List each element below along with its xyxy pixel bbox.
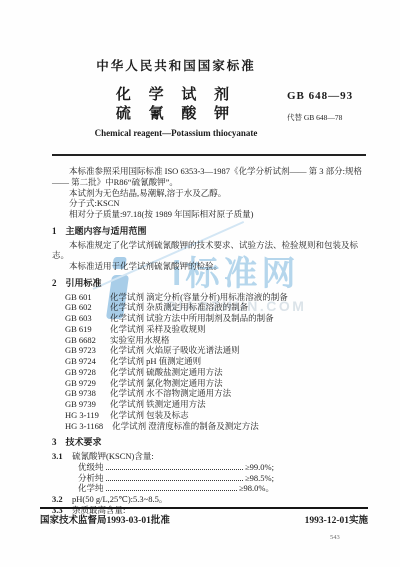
- reference-item: GB 601 化学试剂 滴定分析(容量分析)用标准溶液的制备: [65, 292, 366, 303]
- footer-divider: [40, 507, 368, 509]
- reference-item: GB 6682 实验室用水规格: [65, 335, 366, 346]
- reference-item: GB 9723 化学试剂 火焰原子吸收光谱法通则: [65, 345, 366, 356]
- grade-value: ≥99.0%;: [245, 462, 274, 473]
- grade-line: 化学纯 ≥98.0%。: [78, 483, 274, 494]
- reference-code: GB 601: [65, 292, 101, 303]
- grade-value: ≥98.0%。: [239, 483, 274, 494]
- standard-document-page: i标准网 BIAOZHUN.COM 中华人民共和国国家标准 化 学 试 剂 硫 …: [0, 0, 400, 567]
- reference-code: GB 9729: [65, 378, 101, 389]
- section-2-number: 2: [52, 278, 57, 289]
- section-1-heading: 1主题内容与适用范围: [52, 226, 366, 237]
- document-title-cn: 化 学 试 剂 硫 氰 酸 钾: [52, 86, 300, 124]
- reference-title: 化学试剂 采样及验收规则: [110, 324, 206, 335]
- reference-item: GB 9739 化学试剂 铁测定通用方法: [65, 399, 366, 410]
- section-3-number: 3: [52, 437, 57, 448]
- reference-item: GB 9729 化学试剂 氯化物测定通用方法: [65, 378, 366, 389]
- reference-code: GB 9739: [65, 399, 101, 410]
- grade-line: 优级纯 ≥99.0%;: [78, 462, 274, 473]
- section-3-heading: 3技术要求: [52, 437, 366, 448]
- reference-title: 化学试剂 包装及标志: [110, 410, 189, 421]
- reference-title: 化学试剂 澄清度标准的制备及测定方法: [112, 421, 259, 432]
- section-1-paragraph-1: 本标准规定了化学试剂硫氰酸钾的技术要求、试验方法、检验规则和包装及标志。: [52, 240, 366, 262]
- reference-code: HG 3-119: [65, 410, 101, 421]
- reference-code: GB 603: [65, 313, 101, 324]
- grade-label: 分析纯: [78, 473, 104, 484]
- grade-label: 化学纯: [78, 483, 104, 494]
- document-content: 中华人民共和国国家标准 化 学 试 剂 硫 氰 酸 钾 GB 648—93 代替…: [0, 0, 400, 567]
- intro-paragraph-2: 本试剂为无色结晶,易潮解,溶于水及乙醇。: [52, 188, 366, 199]
- reference-item: HG 3-1168 化学试剂 澄清度标准的制备及测定方法: [65, 421, 366, 432]
- title-line-1: 化 学 试 剂: [52, 86, 300, 105]
- clause-text: 硫氰酸钾(KSCN)含量:: [72, 451, 154, 462]
- reference-title: 化学试剂 水不溶物测定通用方法: [110, 388, 231, 399]
- clause-text: pH(50 g/L,25℃):5.3~8.5。: [72, 494, 167, 505]
- reference-code: GB 6682: [65, 335, 101, 346]
- intro-paragraph-3: 分子式:KSCN: [52, 198, 366, 209]
- document-title-en: Chemical reagent—Potassium thiocyanate: [52, 128, 300, 138]
- document-body: 本标准参照采用国际标准 ISO 6353-3—1987《化学分析试剂—— 第 3…: [52, 166, 366, 516]
- reference-code: GB 9724: [65, 356, 101, 367]
- grade-line: 分析纯 ≥98.5%;: [78, 473, 274, 484]
- section-1-paragraph-2: 本标准适用于化学试剂硫氰酸钾的检验。: [52, 261, 366, 272]
- section-1-title: 主题内容与适用范围: [66, 226, 147, 236]
- clause-3-1: 3.1 硫氰酸钾(KSCN)含量:: [52, 451, 366, 462]
- reference-title: 化学试剂 杂质测定用标准溶液的制备: [110, 302, 248, 313]
- clause-number: 3.2: [52, 494, 67, 505]
- reference-code: GB 602: [65, 302, 101, 313]
- header-divider: [52, 154, 366, 156]
- intro-paragraph-4: 相对分子质量:97.18(按 1989 年国际相对原子质量): [52, 209, 366, 220]
- reference-title: 化学试剂 硫酸盐测定通用方法: [110, 367, 223, 378]
- page-number: 543: [330, 534, 340, 541]
- reference-title: 化学试剂 滴定分析(容量分析)用标准溶液的制备: [110, 292, 288, 303]
- reference-title: 化学试剂 pH 值测定通则: [110, 356, 201, 367]
- dotted-leader: [106, 480, 244, 481]
- reference-item: GB 602 化学试剂 杂质测定用标准溶液的制备: [65, 302, 366, 313]
- section-3-title: 技术要求: [66, 437, 102, 447]
- replaces-standard: 代替 GB 648—78: [287, 112, 342, 123]
- standard-number: GB 648—93: [287, 90, 353, 102]
- reference-item: GB 9738 化学试剂 水不溶物测定通用方法: [65, 388, 366, 399]
- reference-title: 化学试剂 氯化物测定通用方法: [110, 378, 223, 389]
- national-standard-header: 中华人民共和国国家标准: [52, 56, 300, 74]
- approval-footer: 国家技术监督局1993-03-01批准 1993-12-01实施: [40, 512, 368, 526]
- approval-text: 国家技术监督局1993-03-01批准: [40, 512, 170, 526]
- reference-title: 化学试剂 火焰原子吸收光谱法通则: [110, 345, 240, 356]
- section-2-title: 引用标准: [66, 278, 102, 288]
- grade-value: ≥98.5%;: [245, 473, 274, 484]
- grade-label: 优级纯: [78, 462, 104, 473]
- dotted-leader: [106, 490, 237, 491]
- reference-item: GB 9724 化学试剂 pH 值测定通则: [65, 356, 366, 367]
- reference-code: GB 9723: [65, 345, 101, 356]
- clause-3-2: 3.2 pH(50 g/L,25℃):5.3~8.5。: [52, 494, 366, 505]
- reference-code: HG 3-1168: [65, 421, 103, 432]
- effective-date-text: 1993-12-01实施: [305, 512, 368, 526]
- reference-title: 化学试剂 试验方法中所用制剂及制品的制备: [110, 313, 274, 324]
- reference-item: HG 3-119 化学试剂 包装及标志: [65, 410, 366, 421]
- reference-item: GB 9728 化学试剂 硫酸盐测定通用方法: [65, 367, 366, 378]
- section-2-heading: 2引用标准: [52, 278, 366, 289]
- clause-number: 3.1: [52, 451, 67, 462]
- dotted-leader: [106, 469, 244, 470]
- reference-code: GB 9728: [65, 367, 101, 378]
- reference-item: GB 603 化学试剂 试验方法中所用制剂及制品的制备: [65, 313, 366, 324]
- section-1-number: 1: [52, 226, 57, 237]
- reference-code: GB 9738: [65, 388, 101, 399]
- reference-code: GB 619: [65, 324, 101, 335]
- reference-title: 化学试剂 铁测定通用方法: [110, 399, 206, 410]
- reference-item: GB 619 化学试剂 采样及验收规则: [65, 324, 366, 335]
- intro-paragraph-1: 本标准参照采用国际标准 ISO 6353-3—1987《化学分析试剂—— 第 3…: [52, 166, 366, 188]
- title-line-2: 硫 氰 酸 钾: [52, 105, 300, 124]
- reference-title: 实验室用水规格: [110, 335, 170, 346]
